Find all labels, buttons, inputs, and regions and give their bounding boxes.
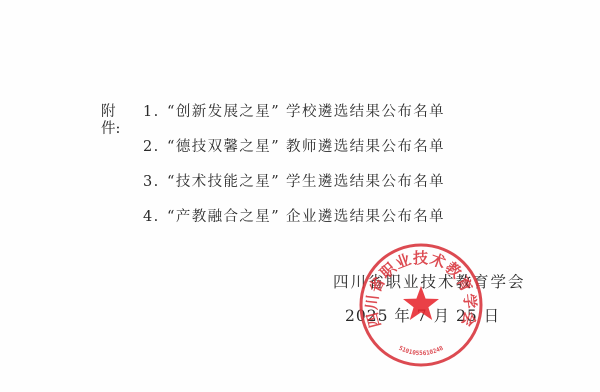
attachment-item-4: 4.“产教融合之星” 企业遴选结果公布名单	[143, 209, 445, 226]
signature-date: 2025 年 7 月 25 日	[345, 304, 500, 326]
attachment-item-1: 1.“创新发展之星” 学校遴选结果公布名单	[143, 104, 445, 121]
seal-serial-number: 5101055610248	[397, 345, 444, 358]
attachment-title: “德技双馨之星”	[167, 139, 280, 155]
attachment-number: 2.	[143, 139, 167, 156]
attachment-item-2: 2.“德技双馨之星” 教师遴选结果公布名单	[143, 139, 445, 156]
attachment-description: 学生遴选结果公布名单	[286, 174, 445, 190]
attachment-title: “技术技能之星”	[167, 174, 280, 190]
attachment-item-3: 3.“技术技能之星” 学生遴选结果公布名单	[143, 174, 445, 191]
attachment-title: “产教融合之星”	[167, 209, 280, 225]
attachment-description: 教师遴选结果公布名单	[286, 139, 445, 155]
attachment-number: 3.	[143, 174, 167, 191]
attachment-title: “创新发展之星”	[167, 104, 280, 120]
attachment-description: 学校遴选结果公布名单	[286, 104, 445, 120]
attachment-description: 企业遴选结果公布名单	[286, 209, 445, 225]
attachment-number: 4.	[143, 209, 167, 226]
attachments-label: 附件:	[101, 104, 120, 138]
attachment-number: 1.	[143, 104, 167, 121]
signature-organization: 四川省职业技术教育学会	[333, 270, 526, 292]
svg-text:5101055610248: 5101055610248	[397, 345, 444, 358]
